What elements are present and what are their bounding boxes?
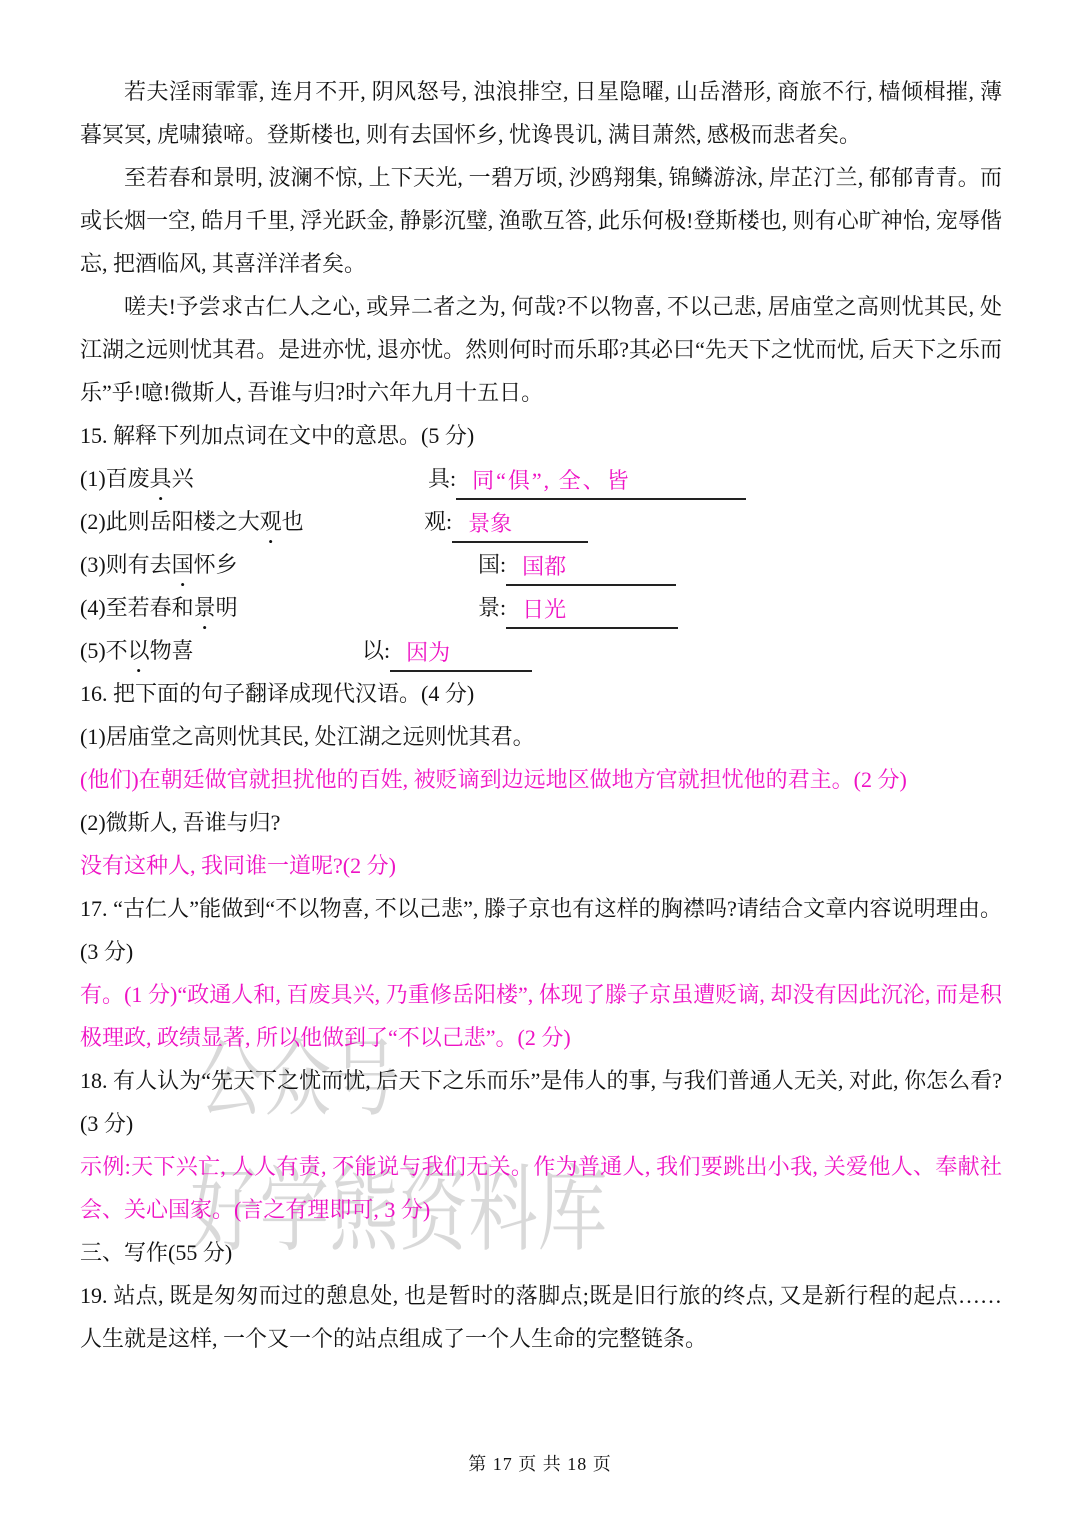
- q15-item-5: (5)不以物喜 以:因为: [80, 629, 1002, 672]
- q15-item-4-phrase: (4)至若春和景明: [80, 586, 238, 629]
- q15-item-5-phrase: (5)不以物喜: [80, 629, 194, 672]
- q15-item-2-answer-group: 观:景象: [424, 500, 588, 543]
- q15-item-1-answer-blank: 同“俱”, 全、皆: [456, 459, 746, 500]
- q15-item-2-answer-blank: 景象: [452, 502, 588, 543]
- q15-item-3-dotted-char: 国: [172, 552, 194, 577]
- q15-item-3-label: 国:: [478, 552, 506, 577]
- q16-sub1-question: (1)居庙堂之高则忧其民, 处江湖之远则忧其君。: [80, 715, 1002, 758]
- q15-item-4-pre: (4)至若春和: [80, 595, 194, 620]
- q16-sub1-answer: (他们)在朝廷做官就担扰他的百姓, 被贬谪到边远地区做地方官就担忧他的君主。(2…: [80, 758, 1002, 801]
- q15-item-3-answer-blank: 国都: [506, 545, 676, 586]
- q15-item-1-answer-group: 具:同“俱”, 全、皆: [428, 457, 746, 500]
- passage-paragraph-1: 若夫淫雨霏霏, 连月不开, 阴风怒号, 浊浪排空, 日星隐曜, 山岳潜形, 商旅…: [80, 70, 1002, 156]
- section3-title: 三、写作(55 分): [80, 1231, 1002, 1274]
- q15-item-1-answer-text: 同“俱”, 全、皆: [472, 468, 631, 493]
- q15-item-2-label: 观:: [424, 509, 452, 534]
- q15-item-5-label: 以:: [362, 638, 390, 663]
- q15-item-1-dotted-char: 具: [150, 466, 172, 491]
- q17-answer: 有。(1 分)“政通人和, 百废具兴, 乃重修岳阳楼”, 体现了滕子京虽遭贬谪,…: [80, 973, 1002, 1059]
- passage-paragraph-2: 至若春和景明, 波澜不惊, 上下天光, 一碧万顷, 沙鸥翔集, 锦鳞游泳, 岸芷…: [80, 156, 1002, 285]
- q16-sub2-answer: 没有这种人, 我同谁一道呢?(2 分): [80, 844, 1002, 887]
- q16-sub2-question: (2)微斯人, 吾谁与归?: [80, 801, 1002, 844]
- q16-title: 16. 把下面的句子翻译成现代汉语。(4 分): [80, 672, 1002, 715]
- q15-item-5-pre: (5)不: [80, 638, 128, 663]
- passage-paragraph-3: 嗟夫!予尝求古仁人之心, 或异二者之为, 何哉?不以物喜, 不以己悲, 居庙堂之…: [80, 285, 1002, 414]
- q15-item-5-answer-group: 以:因为: [362, 629, 532, 672]
- q15-item-4-answer-blank: 日光: [506, 588, 678, 629]
- q15-item-1-label: 具:: [428, 466, 456, 491]
- q19-question: 19. 站点, 既是匆匆而过的憩息处, 也是暂时的落脚点;既是旧行旅的终点, 又…: [80, 1274, 1002, 1360]
- q15-item-4-dotted-char: 景: [194, 595, 216, 620]
- q15-item-1-phrase: (1)百废具兴: [80, 457, 194, 500]
- q15-item-4-post: 明: [216, 595, 238, 620]
- q15-item-1-post: 兴: [172, 466, 194, 491]
- q15-item-3-answer-group: 国:国都: [478, 543, 676, 586]
- q15-item-2-phrase: (2)此则岳阳楼之大观也: [80, 500, 304, 543]
- q15-item-3-phrase: (3)则有去国怀乡: [80, 543, 238, 586]
- q18-question: 18. 有人认为“先天下之忧而忧, 后天下之乐而乐”是伟人的事, 与我们普通人无…: [80, 1059, 1002, 1145]
- q15-item-1-pre: (1)百废: [80, 466, 150, 491]
- q15-item-4-answer-text: 日光: [522, 597, 566, 622]
- q15-item-2-pre: (2)此则岳阳楼之大: [80, 509, 260, 534]
- q15-item-5-answer-text: 因为: [406, 640, 450, 665]
- page-footer: 第 17 页 共 18 页: [0, 1450, 1080, 1476]
- q15-item-2-answer-text: 景象: [468, 511, 512, 536]
- q15-title: 15. 解释下列加点词在文中的意思。(5 分): [80, 414, 1002, 457]
- q15-item-5-dotted-char: 以: [128, 638, 150, 663]
- exam-page-content: 若夫淫雨霏霏, 连月不开, 阴风怒号, 浊浪排空, 日星隐曜, 山岳潜形, 商旅…: [80, 70, 1002, 1360]
- q17-question: 17. “古仁人”能做到“不以物喜, 不以己悲”, 滕子京也有这样的胸襟吗?请结…: [80, 887, 1002, 973]
- q18-answer: 示例:天下兴亡, 人人有责, 不能说与我们无关。作为普通人, 我们要跳出小我, …: [80, 1145, 1002, 1231]
- q15-item-5-answer-blank: 因为: [390, 631, 532, 672]
- q15-item-4: (4)至若春和景明 景:日光: [80, 586, 1002, 629]
- q15-item-3: (3)则有去国怀乡 国:国都: [80, 543, 1002, 586]
- q15-item-2: (2)此则岳阳楼之大观也 观:景象: [80, 500, 1002, 543]
- q15-item-4-answer-group: 景:日光: [478, 586, 678, 629]
- q15-item-3-post: 怀乡: [194, 552, 238, 577]
- q15-item-2-post: 也: [282, 509, 304, 534]
- q15-item-5-post: 物喜: [150, 638, 194, 663]
- q15-item-4-label: 景:: [478, 595, 506, 620]
- q15-item-2-dotted-char: 观: [260, 509, 282, 534]
- q15-item-1: (1)百废具兴 具:同“俱”, 全、皆: [80, 457, 1002, 500]
- q15-item-3-pre: (3)则有去: [80, 552, 172, 577]
- q15-item-3-answer-text: 国都: [522, 554, 566, 579]
